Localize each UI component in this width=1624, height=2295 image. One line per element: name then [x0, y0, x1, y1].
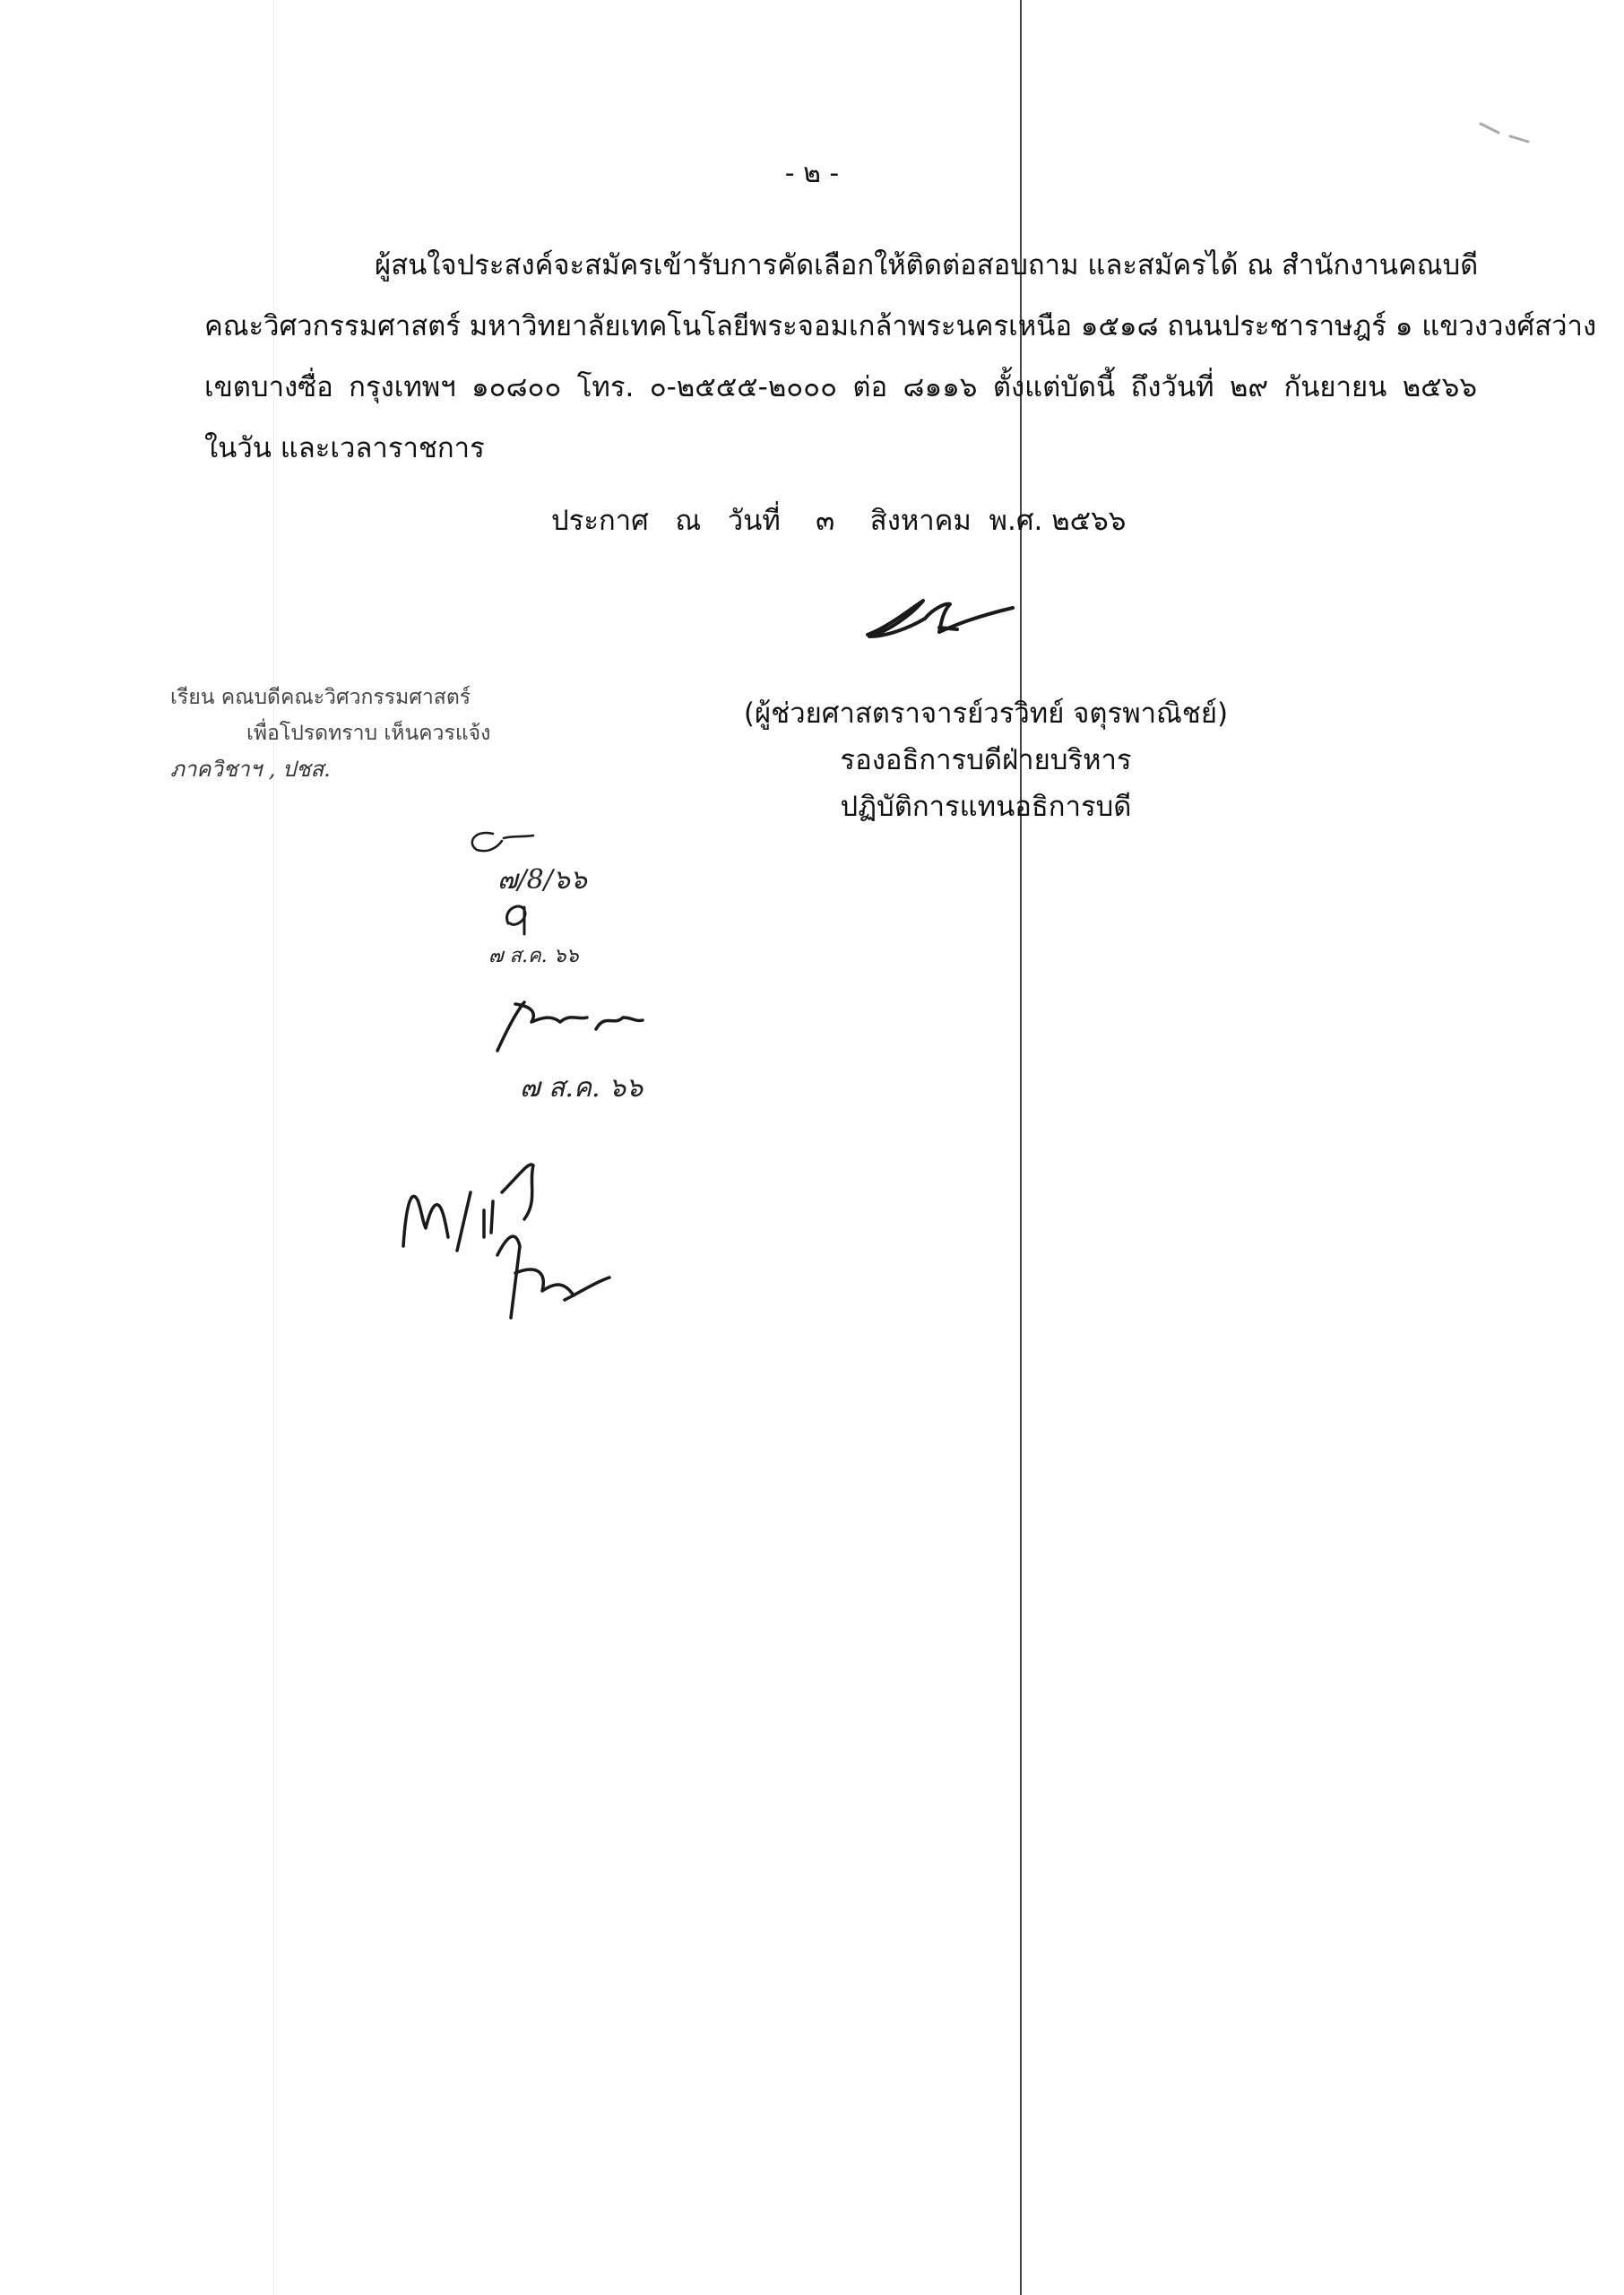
handwritten-date: ๗ ส.ค. ๖๖ [520, 1067, 643, 1109]
announcement-date: ประกาศ ณ วันที่ ๓ สิงหาคม พ.ศ. ๒๕๖๖ [551, 498, 1126, 542]
initial-signature-3 [488, 995, 650, 1058]
document-page: - ๒ - ผู้สนใจประสงค์จะสมัครเข้ารับการคัด… [0, 0, 1624, 2295]
paragraph-line: ในวัน และเวลาราชการ [204, 418, 1477, 479]
handwritten-date: ๗/8/๖๖ [497, 859, 587, 901]
memo-note: เรียน คณบดีคณะวิศวกรรมศาสตร์ เพื่อโปรดทร… [170, 680, 490, 788]
paragraph-line: เขตบางซื่อ กรุงเทพฯ ๑๐๘๐๐ โทร. ๐-๒๕๕๕-๒๐… [204, 357, 1477, 418]
signer-position: รองอธิการบดีฝ่ายบริหาร [735, 737, 1237, 784]
signer-acting: ปฏิบัติการแทนอธิการบดี [735, 784, 1237, 830]
memo-line: เพื่อโปรดทราบ เห็นควรแจ้ง [170, 715, 490, 751]
signer-name: (ผู้ช่วยศาสตราจารย์วรวิทย์ จตุรพาณิชย์) [735, 690, 1237, 737]
paragraph-line: ผู้สนใจประสงค์จะสมัครเข้ารับการคัดเลือกใ… [204, 235, 1477, 296]
body-paragraph: ผู้สนใจประสงค์จะสมัครเข้ารับการคัดเลือกใ… [204, 235, 1477, 479]
signer-block: (ผู้ช่วยศาสตราจารย์วรวิทย์ จตุรพาณิชย์) … [735, 690, 1237, 830]
handwritten-instruction-signature [385, 1139, 618, 1336]
paragraph-line: คณะวิศวกรรมศาสตร์ มหาวิทยาลัยเทคโนโลยีพร… [204, 296, 1477, 357]
memo-line: เรียน คณบดีคณะวิศวกรรมศาสตร์ [170, 686, 471, 709]
handwritten-date: ๗ ส.ค. ๖๖ [488, 940, 579, 971]
memo-handwritten: ภาควิชาฯ , ปชส. [170, 757, 331, 782]
main-signature [860, 592, 1058, 663]
page-number: - ๒ - [0, 152, 1624, 195]
initial-signature-2 [497, 896, 551, 937]
